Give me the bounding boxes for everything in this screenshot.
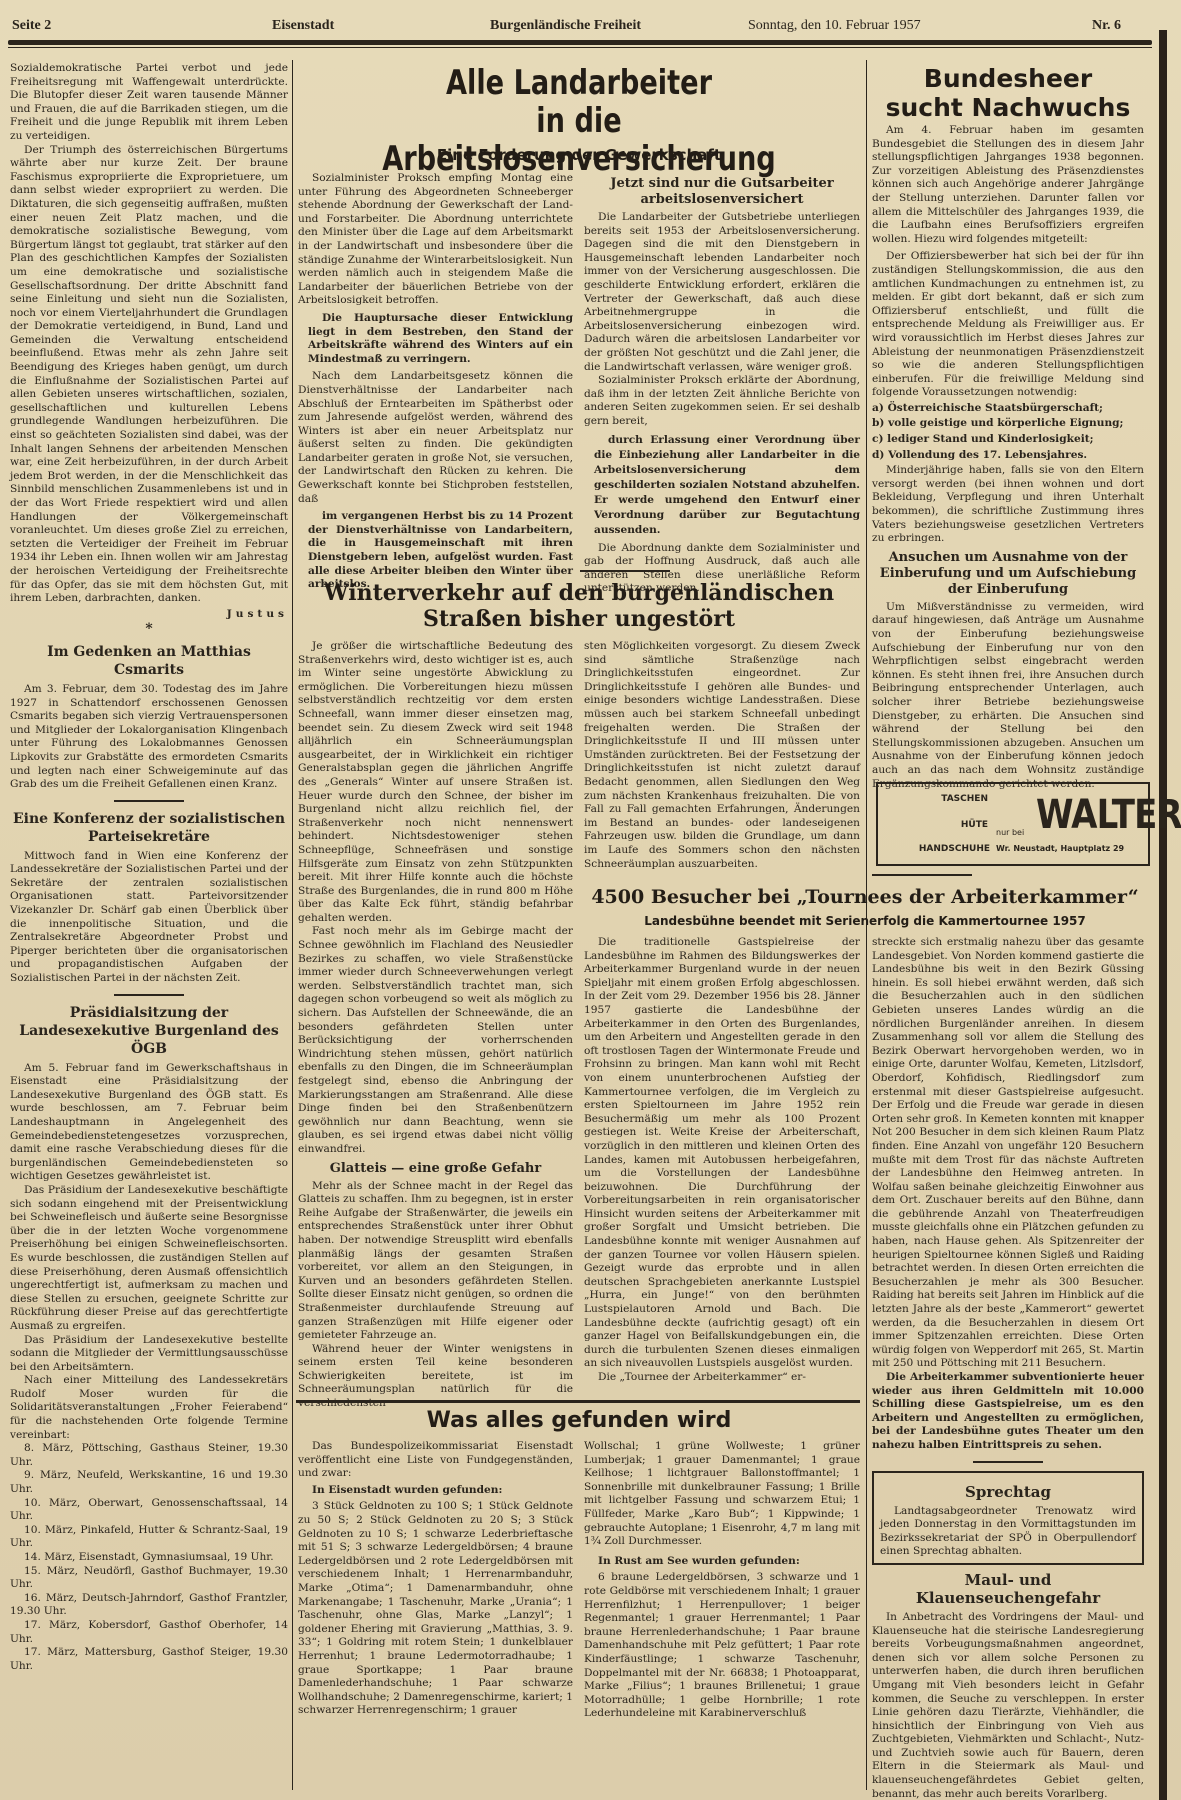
tournee-col2: streckte sich erstmalig nahezu über das …: [872, 936, 1144, 1800]
column-rule: [292, 60, 293, 1790]
headline-seuche: Maul- und Klauenseuchengefahr: [872, 1571, 1144, 1607]
article-text: Sozialminister Proksch erklärte der Abor…: [584, 374, 860, 428]
subhead-tournee: Landesbühne beendet mit Serienerfolg die…: [580, 914, 1150, 928]
landarbeiter-left: Sozialminister Proksch empfing Montag ei…: [298, 172, 573, 592]
article-text: Nach dem Landarbeitsgesetz können die Di…: [298, 370, 573, 506]
masthead-rule-thin: [8, 47, 1152, 48]
event-item: 16. März, Deutsch-Jahrndorf, Gasthof Fra…: [10, 1592, 288, 1619]
subheadline-ansuchen: Ansuchen um Ausnahme von der Einberufung…: [872, 550, 1144, 598]
event-item: 17. März, Mattersburg, Gasthof Steiger, …: [10, 1646, 288, 1673]
article-text: Minderjährige haben, falls sie von den E…: [872, 464, 1144, 546]
article-text: 3 Stück Geldnoten zu 100 S; 1 Stück Geld…: [298, 1500, 573, 1718]
headline-line: Alle Landarbeiter: [353, 64, 806, 102]
fund-subhead: In Rust am See wurden gefunden:: [584, 1555, 860, 1569]
ad-line: TASCHEN: [941, 794, 988, 804]
article-text: Fast noch mehr als im Gebirge macht der …: [298, 925, 573, 1156]
divider: [580, 570, 670, 572]
event-list: 8. März, Pöttsching, Gasthaus Steiner, 1…: [10, 1442, 288, 1673]
divider: [114, 800, 184, 802]
event-item: 17. März, Kobersdorf, Gasthof Oberhofer,…: [10, 1619, 288, 1646]
headline-tournee: 4500 Besucher bei „Tournees der Arbeiter…: [580, 886, 1150, 908]
article-text: Der Triumph des österreichischen Bürgert…: [10, 144, 288, 606]
headline-winter: Winterverkehr auf den burgenländischen S…: [296, 580, 862, 632]
article-text: Sozialdemokratische Partei verbot und je…: [10, 62, 288, 144]
article-text: streckte sich erstmalig nahezu über das …: [872, 936, 1144, 1371]
requirement-item: d) Vollendung des 17. Lebensjahres.: [872, 449, 1144, 463]
issue-number: Nr. 6: [1092, 18, 1121, 34]
article-bold: durch Erlassung einer Verordnung über di…: [594, 433, 860, 538]
subhead-landarbeiter: Eine Forderung der Gewerkschaft: [296, 146, 862, 164]
event-item: 10. März, Oberwart, Genossenschaftssaal,…: [10, 1497, 288, 1524]
article-text: Die traditionelle Gastspielreise der Lan…: [584, 936, 860, 1371]
newspaper-page: Seite 2 Eisenstadt Burgenländische Freih…: [0, 0, 1181, 1800]
article-text: 6 braune Ledergeldbörsen, 3 schwarze und…: [584, 1571, 860, 1721]
article-text: Das Bundespolizeikommissariat Eisenstadt…: [298, 1440, 573, 1481]
article-text: Am 4. Februar haben im gesamten Bundesge…: [872, 124, 1144, 246]
article-text: In Anbetracht des Vordringens der Maul- …: [872, 1611, 1144, 1800]
event-item: 14. März, Eisenstadt, Gymnasiumsaal, 19 …: [10, 1551, 288, 1565]
page-edge: [1159, 30, 1167, 1800]
divider: [296, 1400, 860, 1403]
masthead: Seite 2 Eisenstadt Burgenländische Freih…: [10, 14, 1150, 36]
ad-address: Wr. Neustadt, Hauptplatz 29: [996, 844, 1124, 853]
article-text: sten Möglichkeiten vorgesorgt. Zu diesem…: [584, 640, 860, 871]
column-left: Sozialdemokratische Partei verbot und je…: [10, 62, 288, 1673]
event-item: 9. März, Neufeld, Werkskantine, 16 und 1…: [10, 1469, 288, 1496]
ad-brand: WALTER: [1036, 792, 1181, 838]
winter-col2: sten Möglichkeiten vorgesorgt. Zu diesem…: [584, 640, 860, 871]
headline-konferenz: Eine Konferenz der sozialistischen Parte…: [10, 810, 288, 846]
fund-col1: Das Bundespolizeikommissariat Eisenstadt…: [298, 1440, 573, 1718]
requirement-item: b) volle geistige und körperliche Eignun…: [872, 417, 1144, 431]
ad-line: HÜTE: [961, 820, 988, 830]
ad-line: HANDSCHUHE: [919, 844, 990, 854]
article-text: Um Mißverständnisse zu vermeiden, wird d…: [872, 601, 1144, 791]
headline-oegb: Präsidialsitzung der Landesexekutive Bur…: [10, 1004, 288, 1058]
winter-col1: Je größer die wirtschaftliche Bedeutung …: [298, 640, 573, 1411]
subheadline-glatteis: Glatteis — eine große Gefahr: [298, 1161, 573, 1177]
headline-line: sucht Nachwuchs: [872, 93, 1144, 122]
subheadline-gutsarbeiter: Jetzt sind nur die Gutsarbeiter arbeitsl…: [584, 176, 860, 208]
event-item: 10. März, Pinkafeld, Hutter & Schrantz-S…: [10, 1524, 288, 1551]
event-item: 15. März, Neudörfl, Gasthof Buchmayer, 1…: [10, 1565, 288, 1592]
bundesheer-col: Am 4. Februar haben im gesamten Bundesge…: [872, 124, 1144, 791]
requirements-list: a) Österreichische Staatsbürgerschaft;b)…: [872, 402, 1144, 462]
divider: [973, 1461, 1043, 1463]
headline-sprechtag: Sprechtag: [880, 1483, 1136, 1501]
landarbeiter-right: Jetzt sind nur die Gutsarbeiter arbeitsl…: [584, 172, 860, 596]
masthead-rule: [8, 40, 1152, 45]
article-text: Die „Tournee der Arbeiterkammer“ er-: [584, 1371, 860, 1385]
divider: [872, 874, 972, 876]
headline-csmarits: Im Gedenken an Matthias Csmarits: [10, 643, 288, 679]
article-text: Am 3. Februar, dem 30. Todestag des im J…: [10, 683, 288, 792]
fund-subhead: In Eisenstadt wurden gefunden:: [298, 1484, 573, 1498]
article-text: Landtagsabgeordneter Trenowatz wird jede…: [880, 1505, 1136, 1559]
tournee-col1: Die traditionelle Gastspielreise der Lan…: [584, 936, 860, 1385]
fund-col2: Wollschal; 1 grüne Wollweste; 1 grüner L…: [584, 1440, 860, 1721]
ad-text: nur bei: [996, 828, 1024, 837]
newspaper-title: Burgenländische Freiheit: [490, 18, 641, 34]
article-bold: Die Hauptursache dieser Entwicklung lieg…: [308, 312, 573, 366]
requirement-item: c) lediger Stand und Kinderlosigkeit;: [872, 433, 1144, 447]
article-text: Die Landarbeiter der Gutsbetriebe unterl…: [584, 211, 860, 374]
article-text: Das Präsidium der Landesexekutive bestel…: [10, 1334, 288, 1375]
event-item: 8. März, Pöttsching, Gasthaus Steiner, 1…: [10, 1442, 288, 1469]
masthead-city: Eisenstadt: [272, 18, 334, 34]
headline-line: Bundesheer: [872, 64, 1144, 93]
separator-star: *: [10, 623, 288, 637]
article-text: Der Offiziersbewerber hat sich bei der f…: [872, 250, 1144, 400]
article-text: Mehr als der Schnee macht in der Regel d…: [298, 1180, 573, 1343]
article-text: Das Präsidium der Landesexekutive beschä…: [10, 1184, 288, 1334]
signature: Justus: [10, 608, 288, 622]
article-text: Sozialminister Proksch empfing Montag ei…: [298, 172, 573, 308]
article-text: Nach einer Mitteilung des Landessekretär…: [10, 1374, 288, 1442]
headline-fund: Was alles gefunden wird: [296, 1408, 862, 1433]
article-bold: Die Arbeiterkammer subventionierte heuer…: [872, 1371, 1144, 1453]
page-number: Seite 2: [12, 18, 51, 34]
advertisement-walter: TASCHEN HÜTE HANDSCHUHE WALTER nur bei W…: [876, 782, 1150, 866]
issue-date: Sonntag, den 10. Februar 1957: [748, 18, 921, 34]
article-text: Je größer die wirtschaftliche Bedeutung …: [298, 640, 573, 925]
article-text: Am 5. Februar fand im Gewerkschaftshaus …: [10, 1062, 288, 1184]
article-text: Mittwoch fand in Wien eine Konferenz der…: [10, 850, 288, 986]
article-text: Wollschal; 1 grüne Wollweste; 1 grüner L…: [584, 1440, 860, 1549]
sprechtag-box: Sprechtag Landtagsabgeordneter Trenowatz…: [872, 1471, 1144, 1565]
headline-bundesheer: Bundesheer sucht Nachwuchs: [872, 64, 1144, 122]
divider: [114, 994, 184, 996]
headline-line: in die Arbeitslosenversicherung: [353, 102, 806, 178]
requirement-item: a) Österreichische Staatsbürgerschaft;: [872, 402, 1144, 416]
